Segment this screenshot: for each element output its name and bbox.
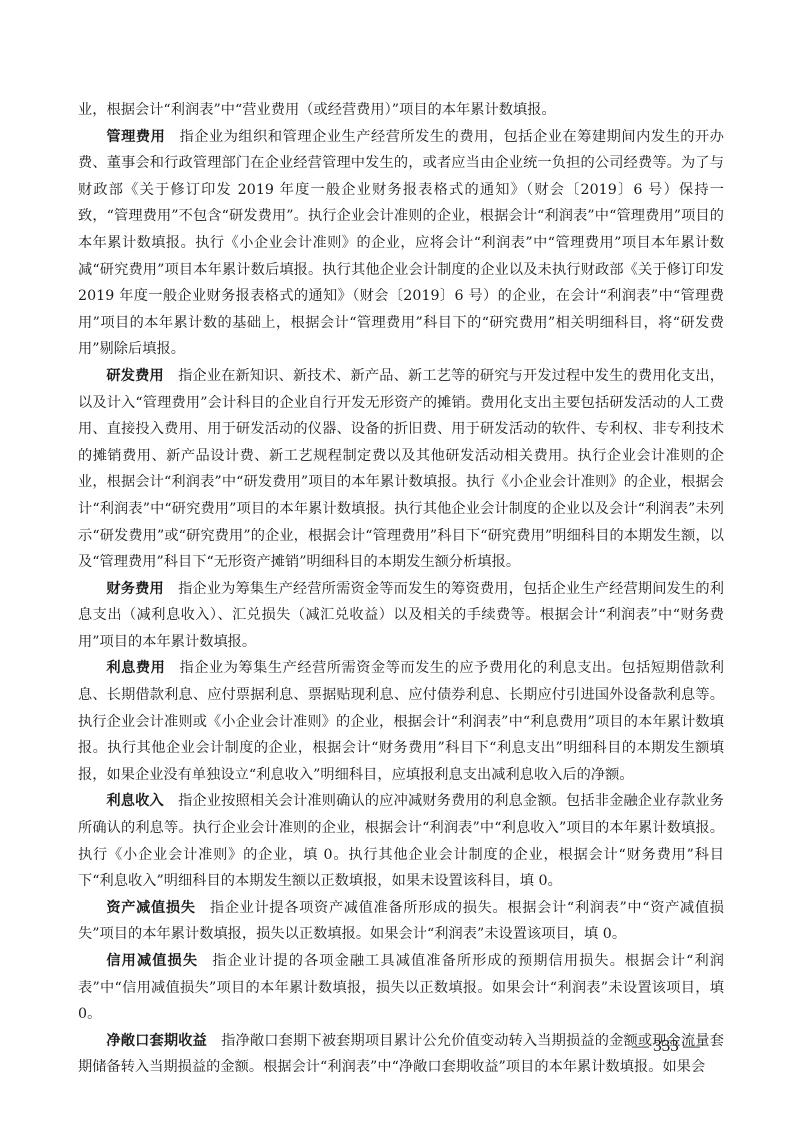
paragraph-interest-expenses: 利息费用指企业为筹集生产经营所需资金等而发生的应予费用化的利息支出。包括短期借款… [78,655,724,788]
paragraph-net-exposure-hedge: 净敞口套期收益指净敞口套期下被套期项目累计公允价值变动转入当期损益的金额或现金流… [78,1028,724,1081]
paragraph-text: 指企业在新知识、新技术、新产品、新工艺等的研究与开发过程中发生的费用化支出，以及… [78,368,724,570]
term-heading: 信用减值损失 [106,953,198,969]
paragraph-credit-impairment: 信用减值损失指企业计提的各项金融工具减值准备所形成的预期信用损失。根据会计“利润… [78,948,724,1028]
term-heading: 利息费用 [106,660,165,676]
paragraph-text: 指企业为筹集生产经营所需资金等而发生的筹资费用，包括企业生产经营期间发生的利息支… [78,581,724,650]
paragraph-interest-income: 利息收入指企业按照相关会计准则确认的应冲减财务费用的利息金额。包括非金融企业存款… [78,788,724,894]
paragraph-continuation: 业，根据会计“利润表”中“营业费用（或经营费用）”项目的本年累计数填报。 [78,97,724,124]
paragraph-admin-expenses: 管理费用指企业为组织和管理企业生产经营所发生的费用，包括企业在筹建期间内发生的开… [78,124,724,363]
paragraph-rd-expenses: 研发费用指企业在新知识、新技术、新产品、新工艺等的研究与开发过程中发生的费用化支… [78,363,724,576]
paragraph-text: 指企业按照相关会计准则确认的应冲减财务费用的利息金额。包括非金融企业存款业务所确… [78,793,724,889]
term-heading: 研发费用 [106,368,163,384]
term-heading: 管理费用 [106,129,165,145]
paragraph-text: 业，根据会计“利润表”中“营业费用（或经营费用）”项目的本年累计数填报。 [78,102,556,118]
term-heading: 财务费用 [106,581,163,597]
term-heading: 资产减值损失 [106,900,195,916]
paragraph-text: 指企业为组织和管理企业生产经营所发生的费用，包括企业在筹建期间内发生的开办费、董… [78,129,724,358]
paragraph-asset-impairment: 资产减值损失指企业计提各项资产减值准备所形成的损失。根据会计“利润表”中“资产减… [78,895,724,948]
term-heading: 净敞口套期收益 [106,1033,207,1049]
paragraph-text: 指企业为筹集生产经营所需资金等而发生的应予费用化的利息支出。包括短期借款利息、长… [78,660,724,782]
document-body: 业，根据会计“利润表”中“营业费用（或经营费用）”项目的本年累计数填报。 管理费… [78,97,724,1081]
term-heading: 利息收入 [106,793,163,809]
paragraph-financial-expenses: 财务费用指企业为筹集生产经营所需资金等而发生的筹资费用，包括企业生产经营期间发生… [78,576,724,656]
page-number: — 333 — [632,1036,700,1056]
